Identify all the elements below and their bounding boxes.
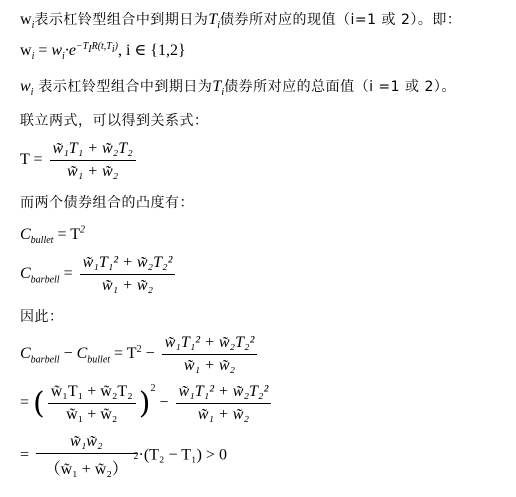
paragraph-combine: 联立两式，可以得到关系式： bbox=[20, 110, 209, 130]
symbol-w-i: wi bbox=[20, 11, 34, 28]
equation-step-3: = w̃₁w̃₂（w̃₁ + w̃₂）2·(T₂ − T₁) > 0 bbox=[20, 433, 227, 479]
equation-step-2: = (w̃₁T₁ + w̃₂T₂w̃₁ + w̃₂)2 − w̃₁T₁² + w… bbox=[20, 383, 274, 424]
equation-c-bullet: Cbullet = T2 bbox=[20, 226, 85, 244]
equation-convexity-difference: Cbarbell − Cbullet = T2 − w̃₁T₁² + w̃₂T₂… bbox=[20, 334, 260, 375]
equation-present-value: wi = wi·e−TIR(t,Ti), i ∈ {1,2} bbox=[20, 40, 186, 60]
symbol-T-i: Ti bbox=[208, 11, 220, 28]
equation-duration-T: T = w̃₁T₁ + w̃₂T₂w̃₁ + w̃₂ bbox=[20, 140, 139, 181]
paragraph-therefore: 因此： bbox=[20, 306, 64, 326]
symbol-w-i-face: wi bbox=[20, 78, 33, 95]
paragraph-present-value-definition: wi表示杠铃型组合中到期日为Ti债券所对应的现值（i=1 或 2）。即： bbox=[20, 9, 461, 29]
paragraph-face-value-definition: wi 表示杠铃型组合中到期日为Ti债券所对应的总面值（i =1 或 2）。 bbox=[20, 76, 456, 96]
equation-c-barbell: Cbarbell = w̃₁T₁² + w̃₂T₂²w̃₁ + w̃₂ bbox=[20, 254, 178, 295]
paragraph-convexity-intro: 而两个债券组合的凸度有： bbox=[20, 192, 194, 212]
